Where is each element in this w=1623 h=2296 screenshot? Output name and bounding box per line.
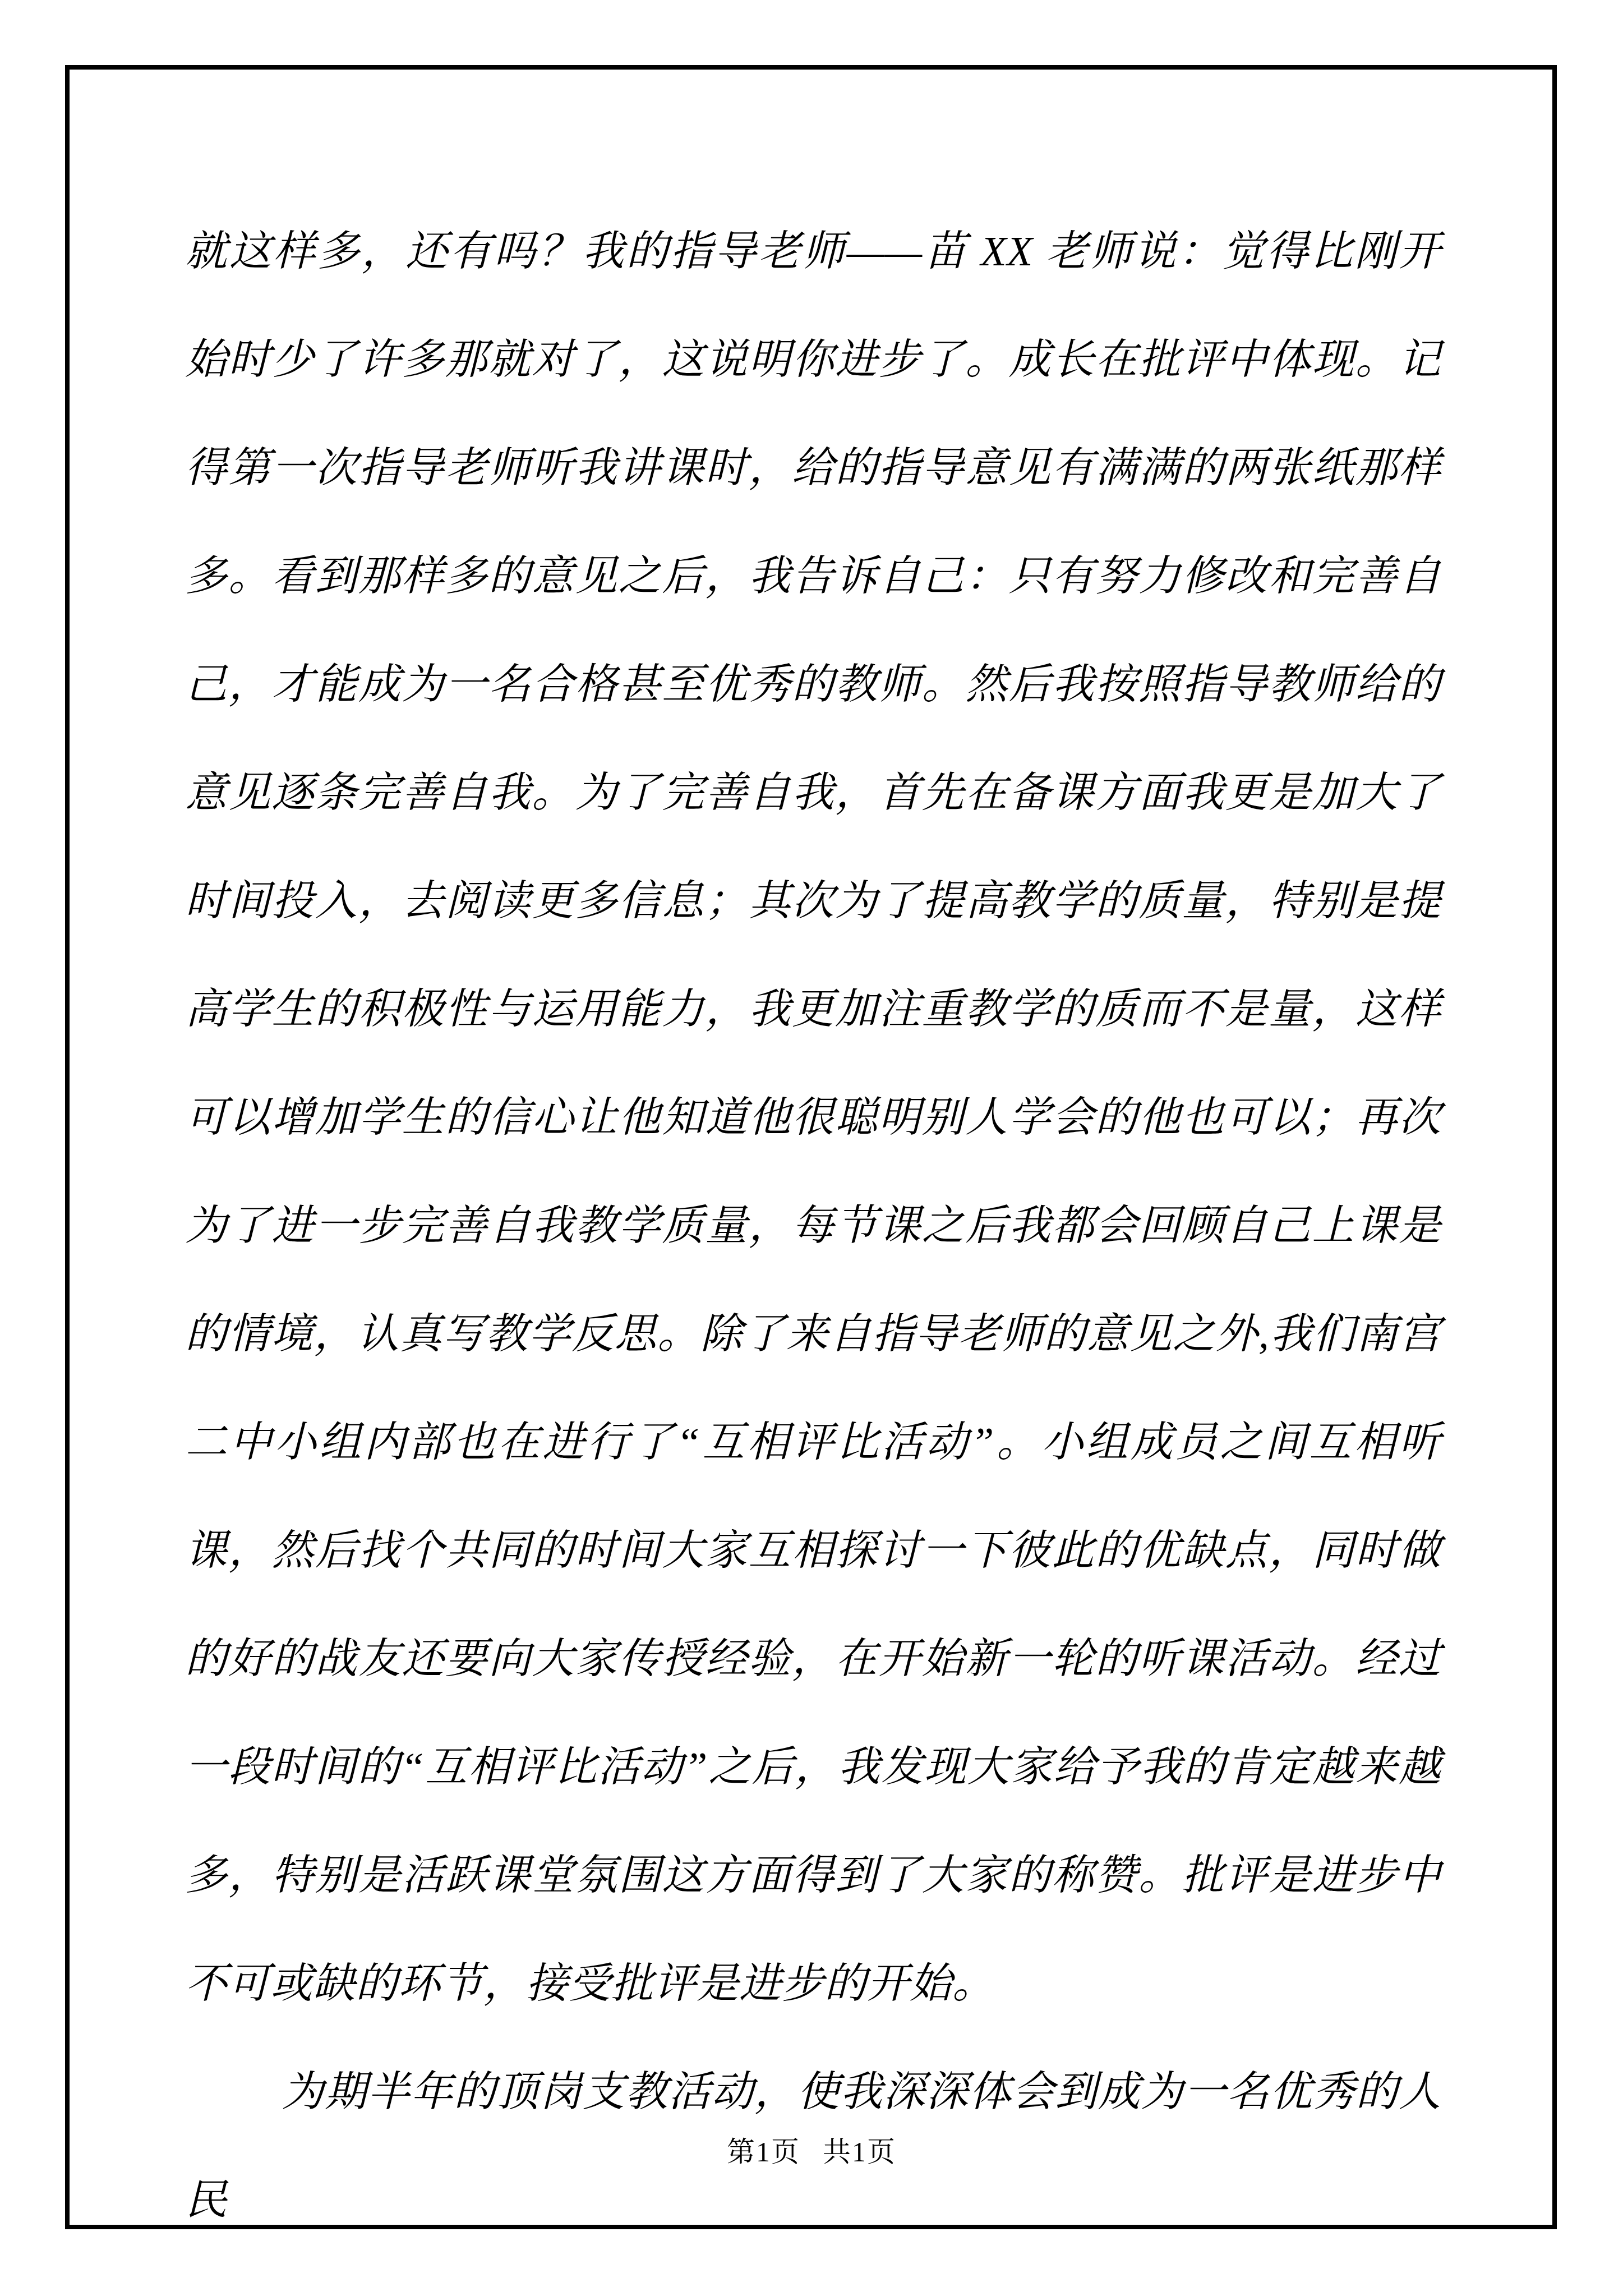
page-footer: 第1页共1页 (66, 2135, 1557, 2169)
document-page: { "document": { "paragraphs": [ { "text"… (0, 0, 1623, 2296)
paragraph: 就这样多，还有吗？我的指导老师——苗 XX 老师说：觉得比刚开始时少了许多那就对… (185, 197, 1441, 2038)
page-number-total: 共1页 (823, 2136, 896, 2168)
document-body: 就这样多，还有吗？我的指导老师——苗 XX 老师说：觉得比刚开始时少了许多那就对… (185, 197, 1441, 2254)
page-number-current: 第1页 (727, 2136, 800, 2168)
